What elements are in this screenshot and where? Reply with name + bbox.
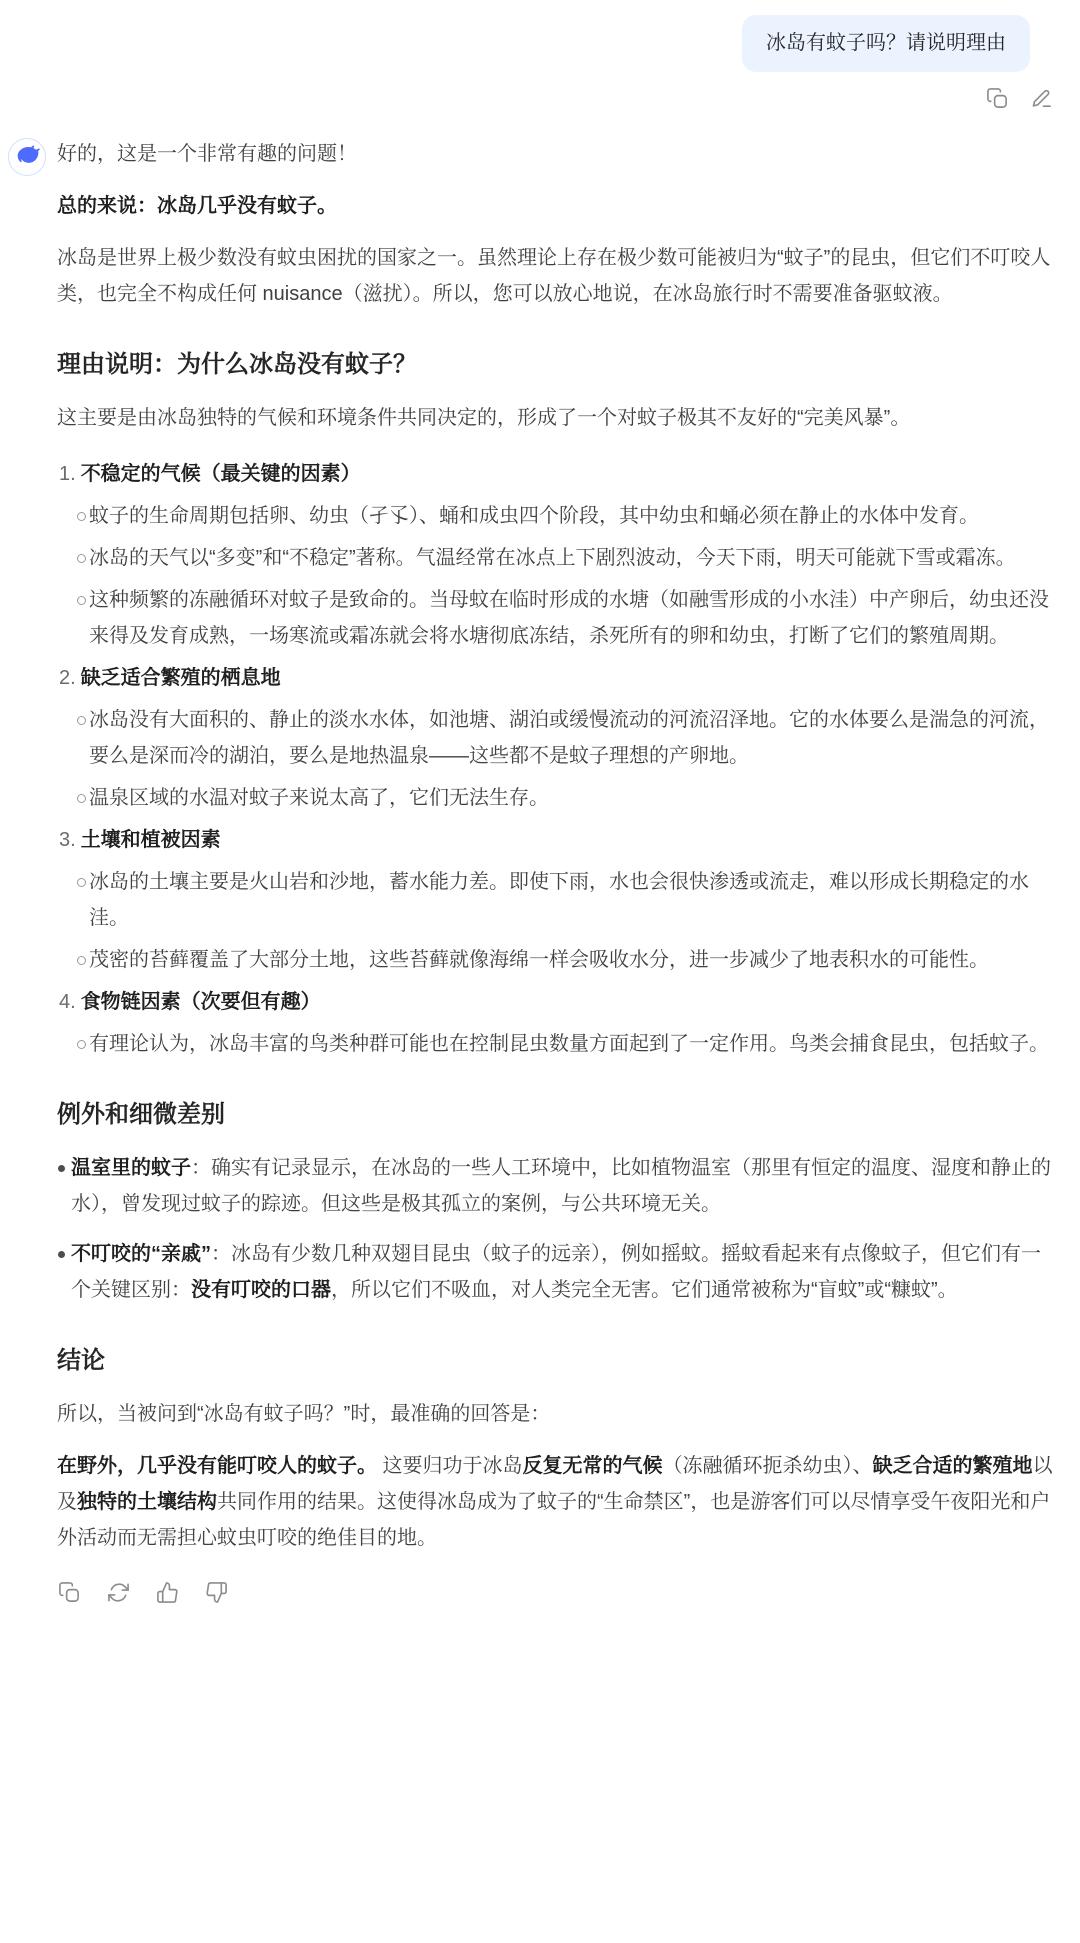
user-message-bubble: 冰岛有蚊子吗？请说明理由	[742, 15, 1030, 72]
text: 温泉区域的水温对蚊子来说太高了，它们无法生存。	[89, 787, 549, 809]
text: 所以，当被问到“冰岛有蚊子吗？”时，最准确的回答是：	[57, 1403, 550, 1425]
numbered-list-item: 1.不稳定的气候（最关键的因素）蚊子的生命周期包括卵、幼虫（孑孓）、蛹和成虫四个…	[57, 456, 1053, 654]
thumbs-down-icon	[205, 1581, 228, 1604]
copy-response-button[interactable]	[57, 1580, 81, 1604]
text: （冻融循环扼杀幼虫）、	[663, 1455, 873, 1477]
text: 有理论认为，冰岛丰富的鸟类种群可能也在控制昆虫数量方面起到了一定作用。鸟类会捕食…	[89, 1033, 1049, 1055]
sub-bullet-item: 冰岛的天气以“多变”和“不稳定”著称。气温经常在冰点上下剧烈波动，今天下雨，明天…	[57, 540, 1053, 576]
numbered-list: 1.不稳定的气候（最关键的因素）蚊子的生命周期包括卵、幼虫（孑孓）、蛹和成虫四个…	[57, 456, 1053, 1062]
bold-text: 总的来说：冰岛几乎没有蚊子。	[57, 195, 337, 217]
assistant-avatar	[8, 138, 46, 176]
numbered-list-item: 4.食物链因素（次要但有趣）有理论认为，冰岛丰富的鸟类种群可能也在控制昆虫数量方…	[57, 984, 1053, 1062]
bold-text: 反复无常的气候	[523, 1455, 663, 1477]
bold-text: 土壤和植被因素	[81, 829, 221, 851]
bold-text: 食物链因素（次要但有趣）	[81, 991, 321, 1013]
bold-text: 温室里的蚊子	[71, 1157, 191, 1179]
bullet-list-item: 不叮咬的“亲戚”：冰岛有少数几种双翅目昆虫（蚊子的远亲），例如摇蚊。摇蚊看起来有…	[57, 1236, 1053, 1308]
chat-page: 冰岛有蚊子吗？请说明理由 好的，这是一个非常有趣的问题！总的来说：冰岛几乎没有蚊…	[0, 0, 1080, 1644]
paragraph: 好的，这是一个非常有趣的问题！	[57, 136, 1053, 172]
paragraph: 这主要是由冰岛独特的气候和环境条件共同决定的，形成了一个对蚊子极其不友好的“完美…	[57, 400, 1053, 436]
assistant-message-row: 好的，这是一个非常有趣的问题！总的来说：冰岛几乎没有蚊子。冰岛是世界上极少数没有…	[8, 136, 1053, 1556]
bold-text: 独特的土壤结构	[77, 1491, 217, 1513]
numbered-item-title: 1.不稳定的气候（最关键的因素）	[57, 456, 1053, 492]
numbered-item-title: 2.缺乏适合繁殖的栖息地	[57, 660, 1053, 696]
assistant-message-actions	[57, 1580, 1053, 1644]
list-number: 4.	[59, 991, 76, 1013]
sub-bullet-item: 有理论认为，冰岛丰富的鸟类种群可能也在控制昆虫数量方面起到了一定作用。鸟类会捕食…	[57, 1026, 1053, 1062]
sub-bullet-item: 冰岛的土壤主要是火山岩和沙地，蓄水能力差。即使下雨，水也会很快渗透或流走，难以形…	[57, 864, 1053, 936]
regenerate-button[interactable]	[106, 1580, 130, 1604]
edit-pencil-icon	[1030, 87, 1053, 110]
sub-bullet-item: 温泉区域的水温对蚊子来说太高了，它们无法生存。	[57, 780, 1053, 816]
bold-text: 不稳定的气候（最关键的因素）	[81, 463, 361, 485]
text: 冰岛是世界上极少数没有蚊虫困扰的国家之一。虽然理论上存在极少数可能被归为“蚊子”…	[57, 247, 1050, 305]
text: ，所以它们不吸血，对人类完全无害。它们通常被称为“盲蚊”或“糠蚊”。	[331, 1279, 958, 1301]
assistant-message-body: 好的，这是一个非常有趣的问题！总的来说：冰岛几乎没有蚊子。冰岛是世界上极少数没有…	[57, 136, 1053, 1556]
numbered-list-item: 2.缺乏适合繁殖的栖息地冰岛没有大面积的、静止的淡水水体，如池塘、湖泊或缓慢流动…	[57, 660, 1053, 816]
copy-user-message-button[interactable]	[985, 86, 1009, 110]
section-heading: 例外和细微差别	[57, 1098, 1053, 1132]
text: 例外和细微差别	[57, 1101, 225, 1128]
text: 茂密的苔藓覆盖了大部分土地，这些苔藓就像海绵一样会吸收水分，进一步减少了地表积水…	[89, 949, 989, 971]
text: 结论	[57, 1347, 105, 1374]
regenerate-icon	[107, 1581, 130, 1604]
text: 蚊子的生命周期包括卵、幼虫（孑孓）、蛹和成虫四个阶段，其中幼虫和蛹必须在静止的水…	[89, 505, 979, 527]
text: 理由说明：为什么冰岛没有蚊子？	[57, 351, 417, 378]
copy-icon	[58, 1581, 81, 1604]
text: 好的，这是一个非常有趣的问题！	[57, 143, 357, 165]
bold-text: 缺乏适合繁殖的栖息地	[81, 667, 281, 689]
list-number: 2.	[59, 667, 76, 689]
text: 这主要是由冰岛独特的气候和环境条件共同决定的，形成了一个对蚊子极其不友好的“完美…	[57, 407, 910, 429]
list-number: 3.	[59, 829, 76, 851]
numbered-item-title: 4.食物链因素（次要但有趣）	[57, 984, 1053, 1020]
paragraph: 在野外，几乎没有能叮咬人的蚊子。 这要归功于冰岛反复无常的气候（冻融循环扼杀幼虫…	[57, 1448, 1053, 1556]
bullet-list: 温室里的蚊子：确实有记录显示，在冰岛的一些人工环境中，比如植物温室（那里有恒定的…	[57, 1150, 1053, 1308]
sub-bullet-item: 蚊子的生命周期包括卵、幼虫（孑孓）、蛹和成虫四个阶段，其中幼虫和蛹必须在静止的水…	[57, 498, 1053, 534]
thumbs-up-icon	[156, 1581, 179, 1604]
deepseek-whale-icon	[14, 144, 40, 170]
text: 冰岛没有大面积的、静止的淡水水体，如池塘、湖泊或缓慢流动的河流沼泽地。它的水体要…	[89, 709, 1049, 767]
user-message-row: 冰岛有蚊子吗？请说明理由	[8, 15, 1053, 72]
list-number: 1.	[59, 463, 76, 485]
text: ：确实有记录显示，在冰岛的一些人工环境中，比如植物温室（那里有恒定的温度、湿度和…	[71, 1157, 1051, 1215]
text: 这要归功于冰岛	[377, 1455, 523, 1477]
bold-text: 不叮咬的“亲戚”	[71, 1243, 211, 1265]
paragraph: 所以，当被问到“冰岛有蚊子吗？”时，最准确的回答是：	[57, 1396, 1053, 1432]
thumbs-down-button[interactable]	[204, 1580, 228, 1604]
text: 这种频繁的冻融循环对蚊子是致命的。当母蚊在临时形成的水塘（如融雪形成的小水洼）中…	[89, 589, 1049, 647]
copy-icon	[986, 87, 1009, 110]
user-message-actions	[8, 86, 1053, 110]
section-heading: 理由说明：为什么冰岛没有蚊子？	[57, 348, 1053, 382]
sub-bullet-item: 茂密的苔藓覆盖了大部分土地，这些苔藓就像海绵一样会吸收水分，进一步减少了地表积水…	[57, 942, 1053, 978]
edit-user-message-button[interactable]	[1029, 86, 1053, 110]
bold-text: 在野外，几乎没有能叮咬人的蚊子。	[57, 1455, 377, 1477]
numbered-list-item: 3.土壤和植被因素冰岛的土壤主要是火山岩和沙地，蓄水能力差。即使下雨，水也会很快…	[57, 822, 1053, 978]
numbered-item-title: 3.土壤和植被因素	[57, 822, 1053, 858]
bold-text: 没有叮咬的口器	[191, 1279, 331, 1301]
text: 冰岛的天气以“多变”和“不稳定”著称。气温经常在冰点上下剧烈波动，今天下雨，明天…	[89, 547, 1016, 569]
text: 冰岛的土壤主要是火山岩和沙地，蓄水能力差。即使下雨，水也会很快渗透或流走，难以形…	[89, 871, 1029, 929]
bullet-list-item: 温室里的蚊子：确实有记录显示，在冰岛的一些人工环境中，比如植物温室（那里有恒定的…	[57, 1150, 1053, 1222]
thumbs-up-button[interactable]	[155, 1580, 179, 1604]
section-heading: 结论	[57, 1344, 1053, 1378]
paragraph: 总的来说：冰岛几乎没有蚊子。	[57, 188, 1053, 224]
bold-text: 缺乏合适的繁殖地	[873, 1455, 1033, 1477]
sub-bullet-item: 冰岛没有大面积的、静止的淡水水体，如池塘、湖泊或缓慢流动的河流沼泽地。它的水体要…	[57, 702, 1053, 774]
sub-bullet-item: 这种频繁的冻融循环对蚊子是致命的。当母蚊在临时形成的水塘（如融雪形成的小水洼）中…	[57, 582, 1053, 654]
paragraph: 冰岛是世界上极少数没有蚊虫困扰的国家之一。虽然理论上存在极少数可能被归为“蚊子”…	[57, 240, 1053, 312]
